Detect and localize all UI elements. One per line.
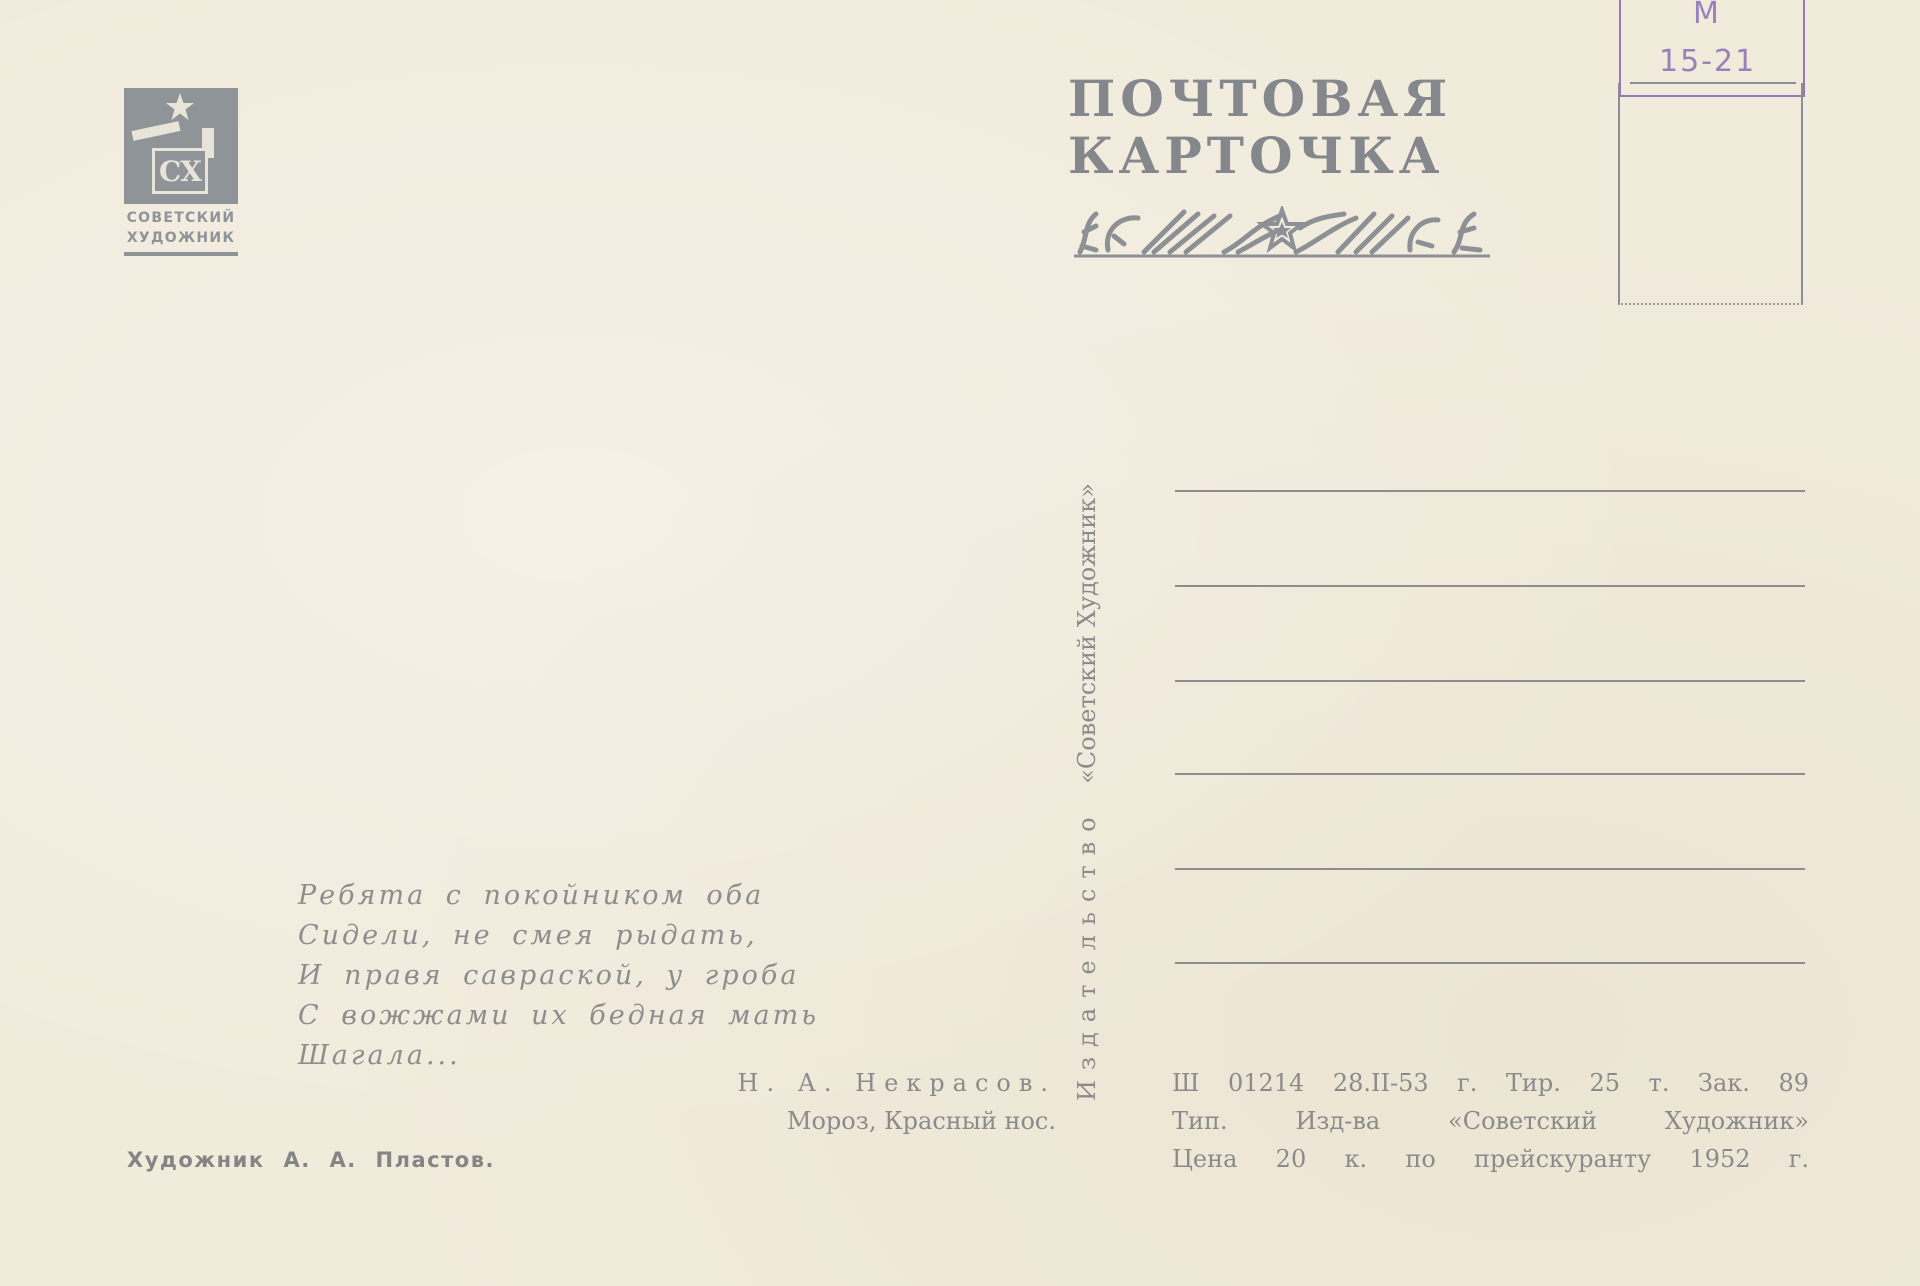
poem-line: И правя савраской, у гроба [298,956,819,996]
citation-work: Мороз, Красный нос. [682,1102,1056,1140]
poem-line: С вожжами их бедная мать [298,996,819,1036]
address-line-6 [1175,962,1805,964]
citation-author: Н. А. Некрасов. [682,1064,1056,1102]
publisher-word: Издательство [1073,807,1101,1101]
postmark-letter: М [1693,0,1719,31]
vertical-publisher-text: Издательство «Советский Художник» [1072,398,1102,1185]
poem-quote: Ребята с покойником оба Сидели, не смея … [298,876,819,1076]
poem-line: Сидели, не смея рыдать, [298,916,819,956]
title-line1: ПОЧТОВАЯ [1068,70,1498,127]
palette-icon [131,121,180,141]
title-line2: КАРТОЧКА [1068,127,1498,184]
poem-line: Ребята с покойником оба [298,876,819,916]
publisher-name: «Советский Художник» [1073,483,1101,784]
artist-credit: Художник А. А. Пластов. [127,1148,495,1172]
address-line-2 [1175,585,1805,587]
print-info-line2: Тип. Изд-ва «Советский Художник» [1172,1102,1809,1140]
logo-text-line2: ХУДОЖНИК [124,228,238,248]
address-line-4 [1175,773,1805,775]
logo-text-line1: СОВЕТСКИЙ [124,208,238,228]
print-info-line3: Цена 20 к. по прейскуранту 1952 г. [1172,1140,1809,1178]
address-line-1 [1175,490,1805,492]
address-line-3 [1175,680,1805,682]
star-icon [165,92,195,122]
star-hammer-sickle-ornament-icon [1074,206,1490,258]
logo-monogram: СХ [152,148,208,194]
address-line-5 [1175,868,1805,870]
postmark-date: 15-21 [1659,44,1756,79]
poem-citation: Н. А. Некрасов. Мороз, Красный нос. [682,1064,1056,1140]
logo-underline [124,252,238,256]
stamp-placement-box [1618,83,1803,305]
publisher-logo: СХ СОВЕТСКИЙ ХУДОЖНИК [124,88,238,256]
print-info-line1: Ш 01214 28.II-53 г. Тир. 25 т. Зак. 89 [1172,1064,1809,1102]
logo-emblem-icon: СХ [124,88,238,204]
postcard-title: ПОЧТОВАЯ КАРТОЧКА [1068,70,1498,184]
print-info: Ш 01214 28.II-53 г. Тир. 25 т. Зак. 89 Т… [1172,1064,1812,1178]
